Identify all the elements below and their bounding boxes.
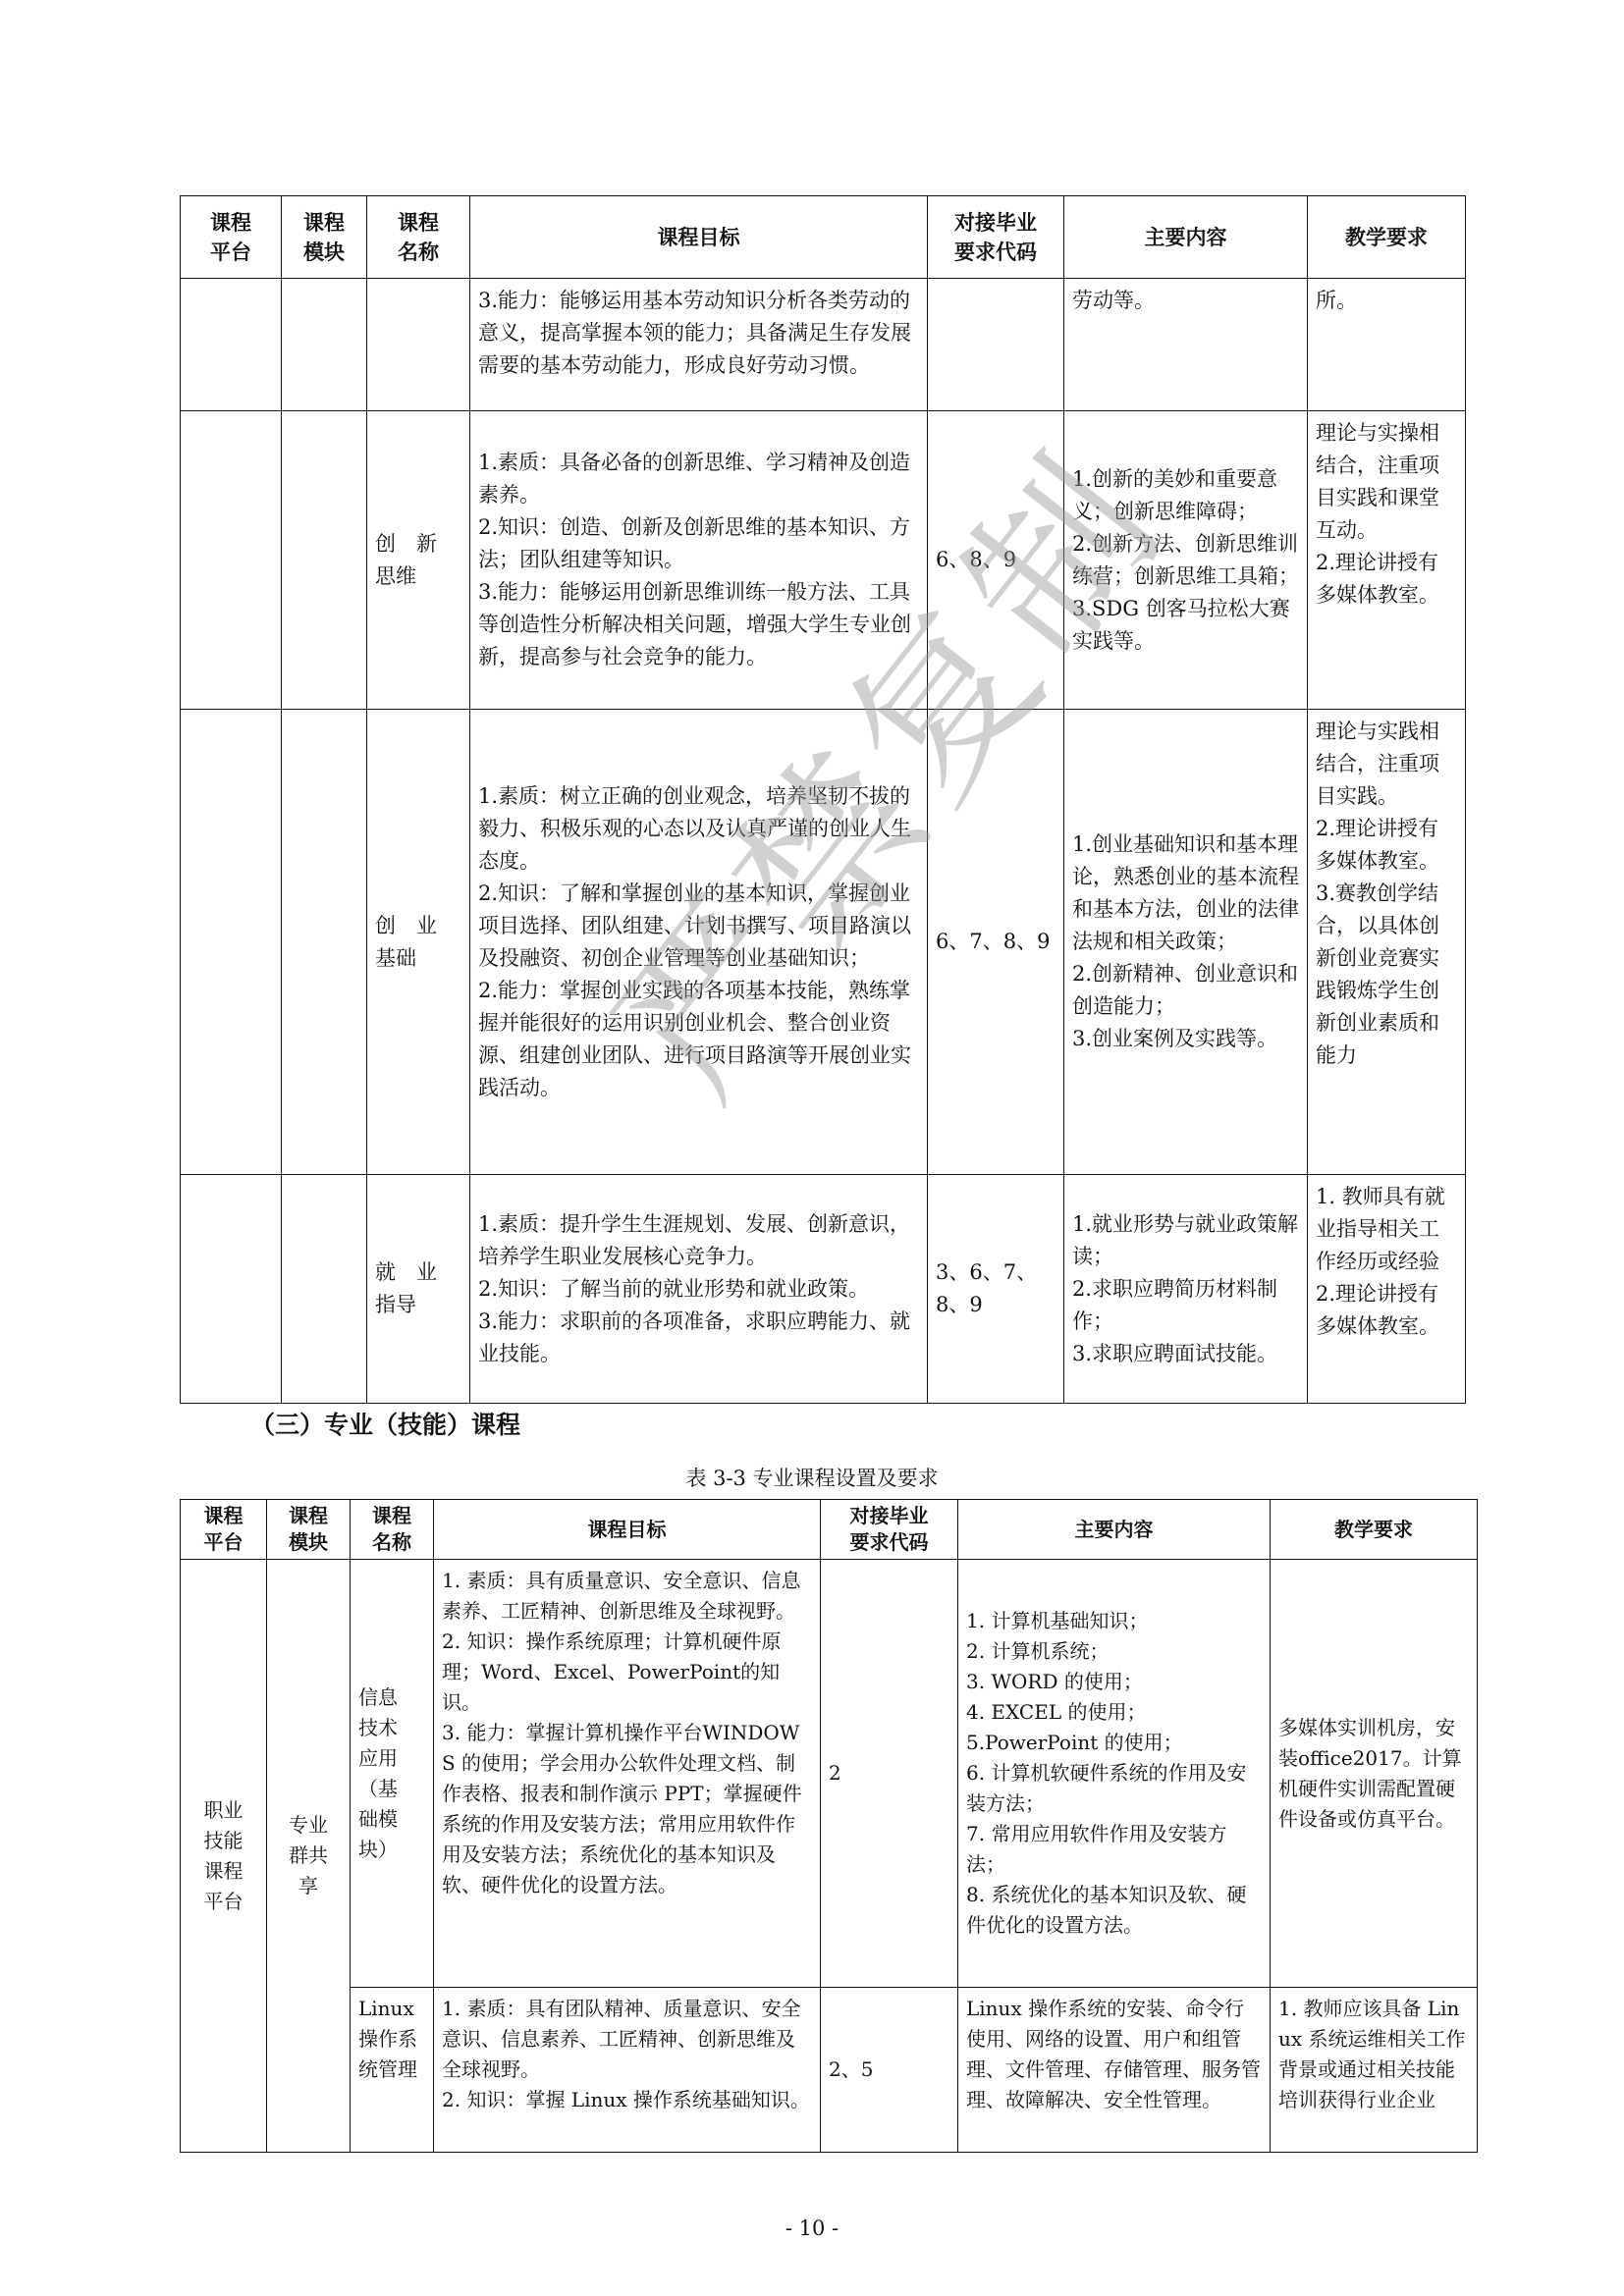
header-requirement-code: 对接毕业 要求代码 bbox=[821, 1500, 958, 1560]
cell-code: 6、8、9 bbox=[928, 411, 1064, 710]
header-course-platform: 课程 平台 bbox=[181, 196, 282, 279]
table-row: 创 业 基础 1.素质：树立正确的创业观念，培养坚韧不拔的毅力、积极乐观的心态以… bbox=[181, 710, 1466, 1175]
cell-requirement: 多媒体实训机房，安装office2017。计算机硬件实训需配置硬件设备或仿真平台… bbox=[1271, 1560, 1478, 1988]
table-row: 创 新 思维 1.素质：具备必备的创新思维、学习精神及创造素养。 2.知识：创造… bbox=[181, 411, 1466, 710]
cell-content: 1. 计算机基础知识； 2. 计算机系统； 3. WORD 的使用； 4. EX… bbox=[958, 1560, 1271, 1988]
general-course-table-continued: 课程 平台 课程 模块 课程 名称 课程目标 对接毕业 要求代码 主要内容 教学… bbox=[180, 195, 1466, 1404]
table-header-row: 课程 平台 课程 模块 课程 名称 课程目标 对接毕业 要求代码 主要内容 教学… bbox=[181, 196, 1466, 279]
cell-content: 1.就业形势与就业政策解读； 2.求职应聘简历材料制作； 3.求职应聘面试技能。 bbox=[1064, 1175, 1308, 1404]
cell-platform: 职业 技能 课程 平台 bbox=[181, 1560, 267, 2153]
cell-code: 2、5 bbox=[821, 1988, 958, 2153]
cell-goal: 1. 素质：具有团队精神、质量意识、安全意识、信息素养、工匠精神、创新思维及全球… bbox=[434, 1988, 821, 2153]
cell-name: 创 业 基础 bbox=[367, 710, 470, 1175]
cell-requirement: 1. 教师具有就业指导相关工作经历或经验 2.理论讲授有多媒体教室。 bbox=[1308, 1175, 1466, 1404]
cell-name: 就 业 指导 bbox=[367, 1175, 470, 1404]
cell-content: 1.创新的美妙和重要意义；创新思维障碍； 2.创新方法、创新思维训练营；创新思维… bbox=[1064, 411, 1308, 710]
cell-name bbox=[367, 279, 470, 411]
header-main-content: 主要内容 bbox=[1064, 196, 1308, 279]
section-heading: （三）专业（技能）课程 bbox=[250, 1406, 520, 1441]
header-course-platform: 课程 平台 bbox=[181, 1500, 267, 1560]
cell-name: 创 新 思维 bbox=[367, 411, 470, 710]
header-course-module: 课程 模块 bbox=[282, 196, 367, 279]
cell-goal: 1. 素质：具有质量意识、安全意识、信息素养、工匠精神、创新思维及全球视野。 2… bbox=[434, 1560, 821, 1988]
header-course-name: 课程 名称 bbox=[367, 196, 470, 279]
table-row: 职业 技能 课程 平台 专业 群共 享 信息 技术 应用 （基 础模 块） 1.… bbox=[181, 1560, 1478, 1988]
cell-requirement: 所。 bbox=[1308, 279, 1466, 411]
cell-goal: 3.能力：能够运用基本劳动知识分析各类劳动的意义，提高掌握本领的能力；具备满足生… bbox=[470, 279, 928, 411]
cell-code: 3、6、7、8、9 bbox=[928, 1175, 1064, 1404]
header-course-goal: 课程目标 bbox=[470, 196, 928, 279]
cell-code bbox=[928, 279, 1064, 411]
cell-name: 信息 技术 应用 （基 础模 块） bbox=[351, 1560, 434, 1988]
cell-platform bbox=[181, 279, 282, 411]
table-row: 3.能力：能够运用基本劳动知识分析各类劳动的意义，提高掌握本领的能力；具备满足生… bbox=[181, 279, 1466, 411]
cell-name: Linux 操作系统管理 bbox=[351, 1988, 434, 2153]
cell-goal: 1.素质：提升学生生涯规划、发展、创新意识，培养学生职业发展核心竞争力。 2.知… bbox=[470, 1175, 928, 1404]
cell-code: 2 bbox=[821, 1560, 958, 1988]
cell-requirement: 1. 教师应该具备 Linux 系统运维相关工作背景或通过相关技能培训获得行业企… bbox=[1271, 1988, 1478, 2153]
cell-content: 1.创业基础知识和基本理论，熟悉创业的基本流程和基本方法，创业的法律法规和相关政… bbox=[1064, 710, 1308, 1175]
cell-module: 专业 群共 享 bbox=[267, 1560, 351, 2153]
professional-course-table: 课程 平台 课程 模块 课程 名称 课程目标 对接毕业 要求代码 主要内容 教学… bbox=[180, 1499, 1478, 2153]
header-teaching-requirement: 教学要求 bbox=[1271, 1500, 1478, 1560]
cell-goal: 1.素质：树立正确的创业观念，培养坚韧不拔的毅力、积极乐观的心态以及认真严谨的创… bbox=[470, 710, 928, 1175]
cell-requirement: 理论与实操相结合，注重项目实践和课堂互动。 2.理论讲授有多媒体教室。 bbox=[1308, 411, 1466, 710]
table-caption: 表 3-3 专业课程设置及要求 bbox=[0, 1463, 1624, 1492]
header-teaching-requirement: 教学要求 bbox=[1308, 196, 1466, 279]
cell-module bbox=[282, 279, 367, 411]
table-row: Linux 操作系统管理 1. 素质：具有团队精神、质量意识、安全意识、信息素养… bbox=[181, 1988, 1478, 2153]
table-row: 就 业 指导 1.素质：提升学生生涯规划、发展、创新意识，培养学生职业发展核心竞… bbox=[181, 1175, 1466, 1404]
page-number: - 10 - bbox=[0, 2216, 1624, 2240]
cell-content: 劳动等。 bbox=[1064, 279, 1308, 411]
header-course-goal: 课程目标 bbox=[434, 1500, 821, 1560]
header-course-module: 课程 模块 bbox=[267, 1500, 351, 1560]
cell-content: Linux 操作系统的安装、命令行使用、网络的设置、用户和组管理、文件管理、存储… bbox=[958, 1988, 1271, 2153]
header-main-content: 主要内容 bbox=[958, 1500, 1271, 1560]
cell-requirement: 理论与实践相结合，注重项目实践。 2.理论讲授有多媒体教室。 3.赛教创学结合，… bbox=[1308, 710, 1466, 1175]
table-header-row: 课程 平台 课程 模块 课程 名称 课程目标 对接毕业 要求代码 主要内容 教学… bbox=[181, 1500, 1478, 1560]
header-course-name: 课程 名称 bbox=[351, 1500, 434, 1560]
header-requirement-code: 对接毕业 要求代码 bbox=[928, 196, 1064, 279]
cell-code: 6、7、8、9 bbox=[928, 710, 1064, 1175]
cell-goal: 1.素质：具备必备的创新思维、学习精神及创造素养。 2.知识：创造、创新及创新思… bbox=[470, 411, 928, 710]
